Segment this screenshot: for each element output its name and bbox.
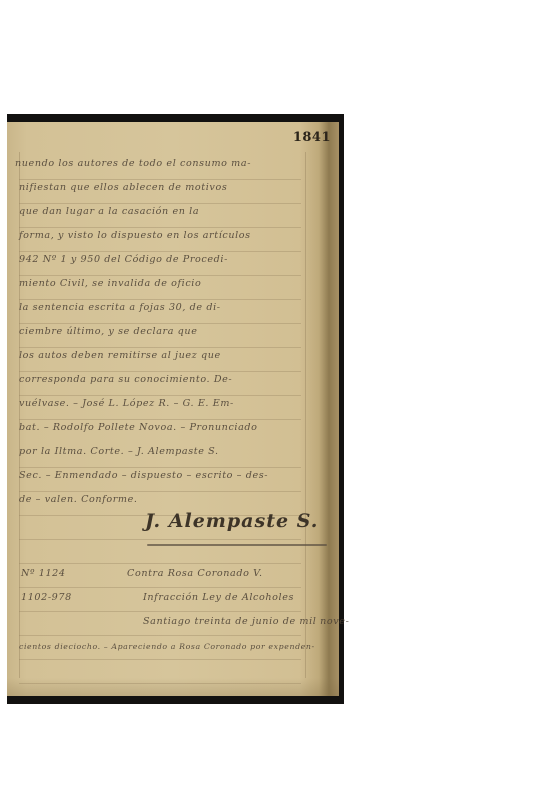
page-number: 1841 <box>293 130 331 145</box>
ruled-line <box>19 251 301 252</box>
text-line: nifiestan que ellos ablecen de motivos <box>19 182 227 193</box>
text-line: miento Civil, se invalida de oficio <box>19 278 201 289</box>
ruled-line <box>19 611 301 612</box>
text-line: vuélvase. – José L. López R. – G. E. Em- <box>19 398 234 409</box>
ruled-line <box>19 419 301 420</box>
right-margin-rule <box>305 152 306 678</box>
ruled-line <box>19 275 301 276</box>
entry-number: Nº 1124 <box>21 568 66 579</box>
ruled-line <box>19 299 301 300</box>
ruled-line <box>19 467 301 468</box>
ruled-line <box>19 395 301 396</box>
ruled-line <box>19 179 301 180</box>
ledger-page: 1841 nuendo los autores de todo el consu… <box>7 122 339 696</box>
ruled-line <box>19 587 301 588</box>
entry-title: Contra Rosa Coronado V. <box>127 568 263 579</box>
ruled-line <box>19 227 301 228</box>
text-line: nuendo los autores de todo el consumo ma… <box>15 158 251 169</box>
document-scan: 1841 nuendo los autores de todo el consu… <box>7 114 344 704</box>
ruled-line <box>19 371 301 372</box>
ruled-line <box>19 683 301 684</box>
ruled-line <box>19 347 301 348</box>
text-line: ciembre último, y se declara que <box>19 326 197 337</box>
text-line: 942 Nº 1 y 950 del Código de Procedi- <box>19 254 228 265</box>
signature: J. Alempaste S. <box>145 510 318 532</box>
text-line: de – valen. Conforme. <box>19 494 138 505</box>
text-line: que dan lugar a la casación en la <box>19 206 199 217</box>
entry-subject: Infracción Ley de Alcoholes <box>143 592 294 603</box>
entry-reference: 1102-978 <box>21 592 72 603</box>
text-line: forma, y visto lo dispuesto en los artíc… <box>19 230 251 241</box>
ruled-line <box>19 203 301 204</box>
signature-underline <box>147 544 327 546</box>
ruled-line <box>19 323 301 324</box>
entry-date-line: Santiago treinta de junio de mil nove- <box>143 616 349 627</box>
text-line: la sentencia escrita a fojas 30, de di- <box>19 302 221 313</box>
ruled-line <box>19 539 301 540</box>
text-line: bat. – Rodolfo Pollete Novoa. – Pronunci… <box>19 422 258 433</box>
text-line: los autos deben remitirse al juez que <box>19 350 221 361</box>
ruled-line <box>19 659 301 660</box>
text-line: corresponda para su conocimiento. De- <box>19 374 232 385</box>
text-line: Sec. – Enmendado – dispuesto – escrito –… <box>19 470 268 481</box>
ruled-line <box>19 491 301 492</box>
ruled-line <box>19 635 301 636</box>
text-line: por la Iltma. Corte. – J. Alempaste S. <box>19 446 219 457</box>
ruled-line <box>19 563 301 564</box>
